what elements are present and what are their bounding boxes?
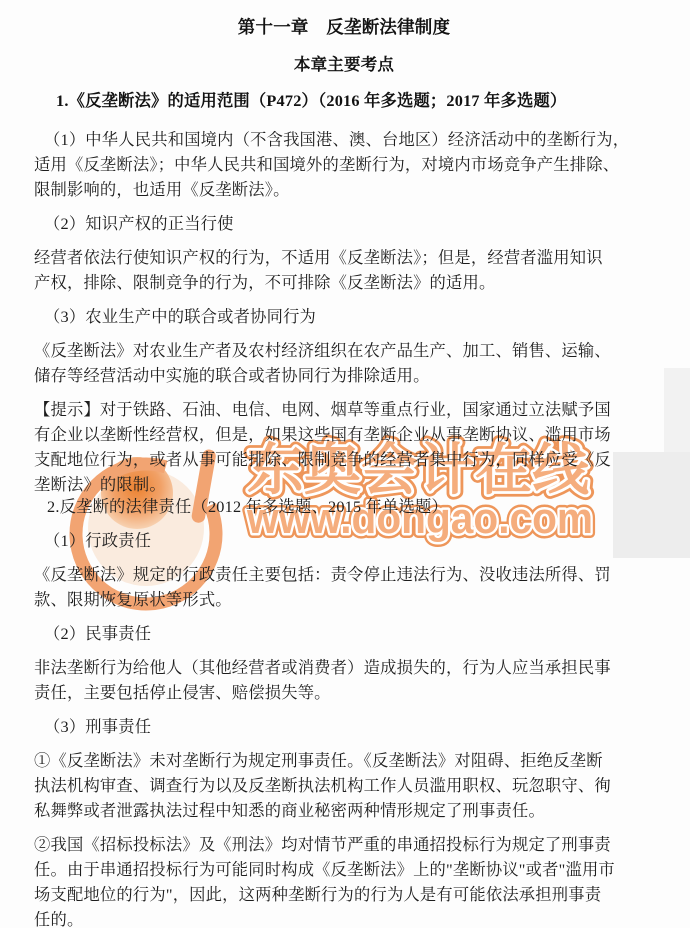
subheading-ip-use: （2）知识产权的正当行使	[34, 211, 654, 236]
document-body: 第十一章 反垄断法律制度 本章主要考点 1.《反垄断法》的适用范围（P472）（…	[0, 0, 674, 928]
chapter-title: 第十一章 反垄断法律制度	[34, 14, 654, 40]
subheading-agriculture: （3）农业生产中的联合或者协同行为	[34, 304, 654, 329]
para-scope-territory: （1）中华人民共和国境内（不含我国港、澳、台地区）经济活动中的垄断行为， 适用《…	[34, 127, 654, 202]
para-criminal-2: ②我国《招标投标法》及《刑法》均对情节严重的串通招投标行为规定了刑事责 任。由于…	[34, 832, 654, 928]
heading-scope: 1.《反垄断法》的适用范围（P472）（2016 年多选题；2017 年多选题）	[34, 88, 654, 113]
para-civil: 非法垄断行为给他人（其他经营者或消费者）造成损失的，行为人应当承担民事 责任，主…	[34, 655, 654, 705]
subheading-administrative: （1）行政责任	[34, 528, 654, 553]
para-ip-use: 经营者依法行使知识产权的行为，不适用《反垄断法》；但是，经营者滥用知识 产权，排…	[34, 245, 654, 295]
para-administrative: 《反垄断法》规定的行政责任主要包括：责令停止违法行为、没收违法所得、罚 款、限期…	[34, 562, 654, 612]
para-agriculture: 《反垄断法》对农业生产者及农村经济组织在农产品生产、加工、销售、运输、 储存等经…	[34, 338, 654, 388]
document-page: 东奥会计在线 东奥会计在线 东奥会计在线 www.dongao.com www.…	[0, 0, 690, 928]
para-criminal-1: ①《反垄断法》未对垄断行为规定刑事责任。《反垄断法》对阻碍、拒绝反垄断 执法机构…	[34, 748, 654, 823]
subheading-civil: （2）民事责任	[34, 621, 654, 646]
subheading-criminal: （3）刑事责任	[34, 714, 654, 739]
para-tip: 【提示】对于铁路、石油、电信、电网、烟草等重点行业，国家通过立法赋予国 有企业以…	[34, 397, 654, 497]
section-heading: 本章主要考点	[34, 52, 654, 78]
heading-liability: 2.反垄断的法律责任（2012 年多选题、2015 年单选题）	[34, 494, 654, 519]
